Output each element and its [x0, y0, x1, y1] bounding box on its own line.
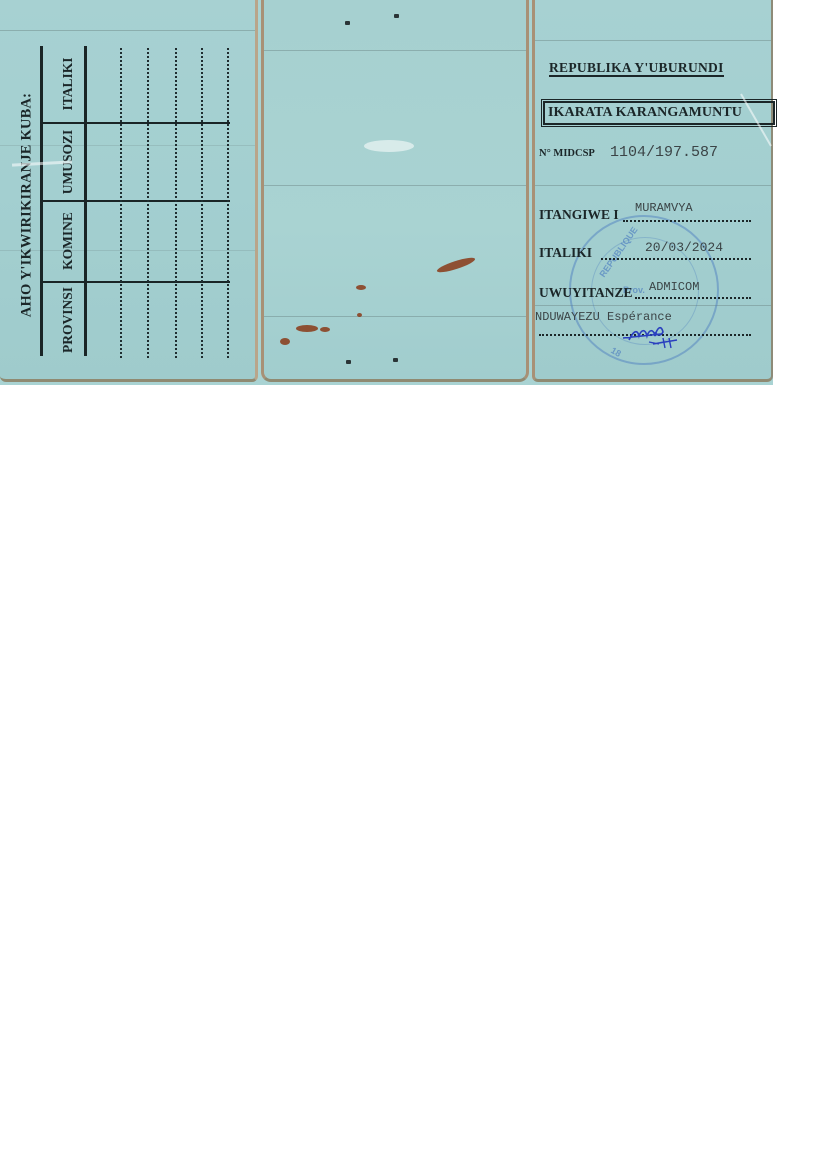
- field-value-place-issued: MURAMVYA: [635, 201, 693, 215]
- field-label-date: ITALIKI: [539, 245, 592, 261]
- left-panel-residence-table: AHO Y'IKWIRIKIRANJE KUBA: ITALIKI UMUSOZ…: [0, 0, 258, 382]
- entry-line-3: [175, 48, 177, 358]
- rust-stain: [296, 325, 318, 332]
- staple-hole: [393, 358, 398, 362]
- staple-hole: [345, 21, 350, 25]
- rust-stain: [356, 285, 366, 290]
- rust-stain: [436, 255, 477, 275]
- id-card: AHO Y'IKWIRIKIRANJE KUBA: ITALIKI UMUSOZ…: [0, 0, 773, 385]
- card-title: IKARATA KARANGAMUNTU: [543, 101, 775, 125]
- field-value-date: 20/03/2024: [645, 240, 723, 255]
- staple-hole: [394, 14, 399, 18]
- signature-icon: [621, 320, 701, 350]
- entry-line-5: [227, 48, 229, 358]
- right-panel-identity: REPUBLIQUE Prov. 18 REPUBLIKA Y'UBURUNDI…: [532, 0, 773, 382]
- field-dots: [635, 297, 751, 299]
- field-dots: [623, 220, 751, 222]
- field-value-issuer: ADMICOM: [649, 280, 699, 294]
- field-dots: [601, 258, 751, 260]
- column-header-provinsi: PROVINSI: [60, 275, 76, 365]
- field-label-place-issued: ITANGIWE I: [539, 207, 619, 223]
- entry-line-2: [147, 48, 149, 358]
- middle-panel-blank: [261, 0, 529, 382]
- rust-stain: [320, 327, 330, 332]
- entry-line-4: [201, 48, 203, 358]
- column-header-italiki: ITALIKI: [60, 54, 76, 114]
- residence-table-title: AHO Y'IKWIRIKIRANJE KUBA:: [19, 55, 36, 355]
- staple-hole: [346, 360, 351, 364]
- column-header-komine: KOMINE: [60, 201, 76, 281]
- entry-line-1: [120, 48, 122, 358]
- republic-heading: REPUBLIKA Y'UBURUNDI: [549, 60, 724, 77]
- rust-stain: [280, 338, 290, 345]
- field-label-issuer: UWUYITANZE: [539, 285, 633, 301]
- number-value: 1104/197.587: [610, 144, 718, 161]
- number-label: N° MIDCSP: [539, 148, 595, 159]
- rust-stain: [357, 313, 362, 317]
